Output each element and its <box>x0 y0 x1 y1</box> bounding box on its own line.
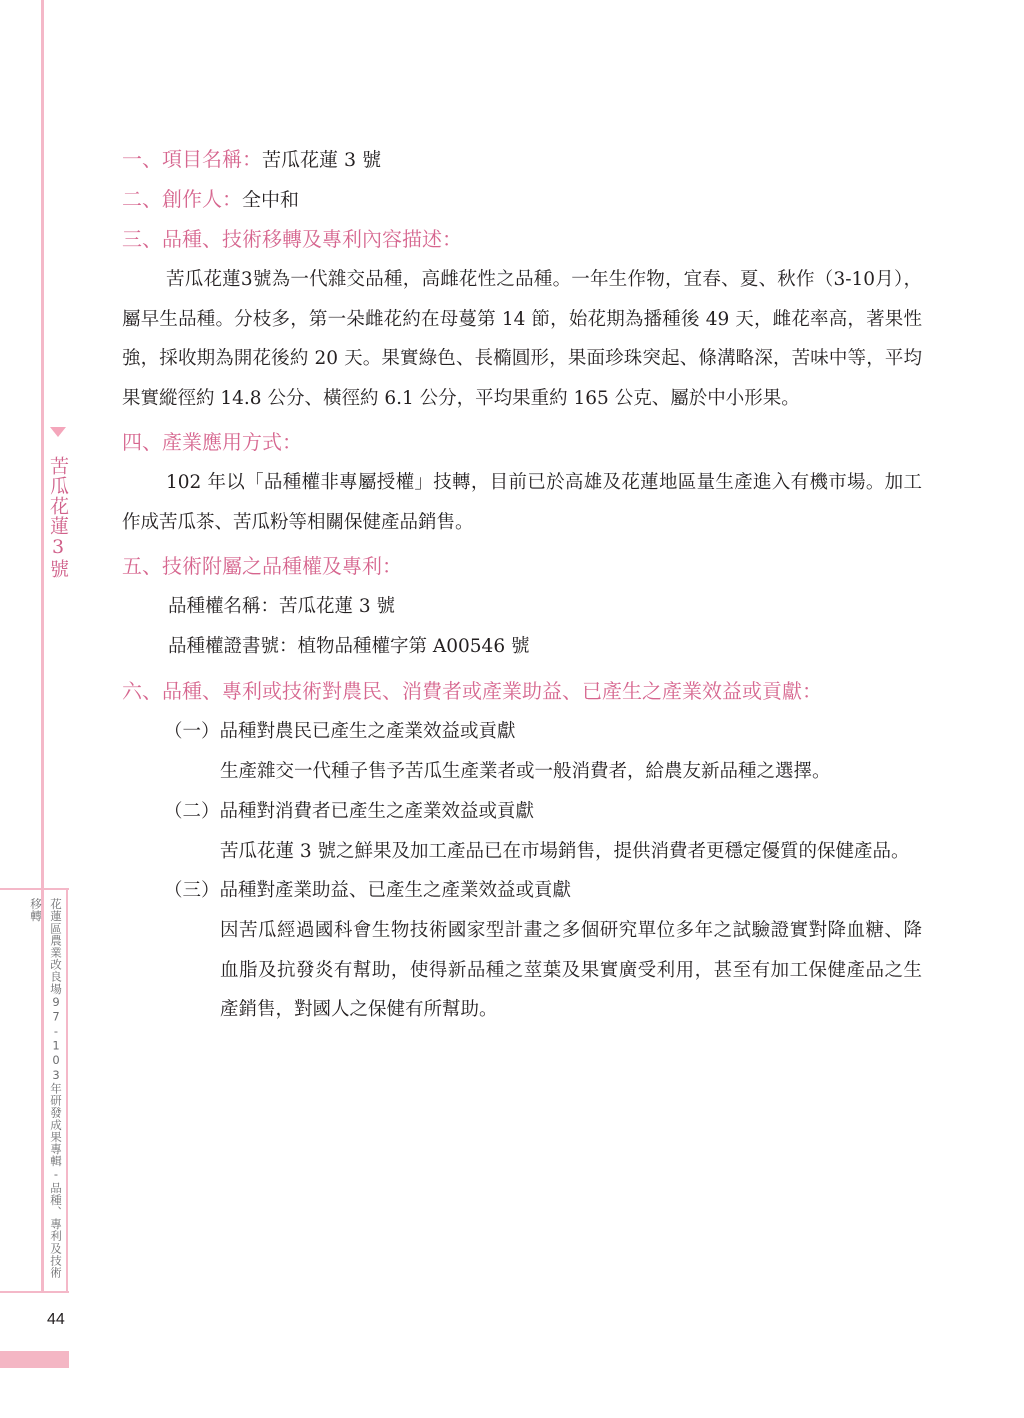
variety-right-name: 品種權名稱：苦瓜花蓮 3 號 <box>122 587 922 627</box>
subsection-text-consumers: 苦瓜花蓮 3 號之鮮果及加工產品已在市場銷售，提供消費者更穩定優質的保健產品。 <box>122 832 922 872</box>
subsection-title-farmers: （一）品種對農民已產生之產業效益或貢獻 <box>122 712 922 752</box>
subsection-text-farmers: 生產雜交一代種子售予苦瓜生產業者或一般消費者，給農友新品種之選擇。 <box>122 752 922 792</box>
page-number: 44 <box>47 1311 65 1329</box>
side-section-title: 苦瓜花蓮3號 <box>46 456 70 579</box>
section-label: 一、項目名稱： <box>122 147 262 171</box>
page-tab-bar <box>0 1351 69 1368</box>
running-book-title: 花蓮區農業改良場97-103年研發成果專輯-品種、專利及技術移轉 <box>46 898 66 1288</box>
creator-value: 全中和 <box>242 189 299 211</box>
section-heading-variety-rights: 五、技術附屬之品種權及專利： <box>122 547 922 587</box>
item-name-value: 苦瓜花蓮 3 號 <box>262 149 381 171</box>
section-heading-item-name: 一、項目名稱：苦瓜花蓮 3 號 <box>122 140 922 180</box>
section-label: 二、創作人： <box>122 187 242 211</box>
triangle-down-icon <box>50 427 66 437</box>
section-heading-description: 三、品種、技術移轉及專利內容描述： <box>122 220 922 260</box>
variety-right-certificate: 品種權證書號：植物品種權字第 A00546 號 <box>122 627 922 667</box>
subsection-title-consumers: （二）品種對消費者已產生之產業效益或貢獻 <box>122 792 922 832</box>
subsection-text-industry: 因苦瓜經過國科會生物技術國家型計畫之多個研究單位多年之試驗證實對降血糖、降血脂及… <box>122 911 922 1030</box>
margin-horizontal-rule-bottom <box>0 1291 69 1293</box>
section-heading-benefits: 六、品種、專利或技術對農民、消費者或產業助益、已產生之產業效益或貢獻： <box>122 672 922 712</box>
section-heading-application: 四、產業應用方式： <box>122 423 922 463</box>
section-heading-creator: 二、創作人：全中和 <box>122 180 922 220</box>
document-body: 一、項目名稱：苦瓜花蓮 3 號 二、創作人：全中和 三、品種、技術移轉及專利內容… <box>122 140 922 1030</box>
description-paragraph: 苦瓜花蓮3號為一代雜交品種，高雌花性之品種。一年生作物，宜春、夏、秋作（3-10… <box>122 260 922 418</box>
subsection-title-industry: （三）品種對產業助益、已產生之產業效益或貢獻 <box>122 871 922 911</box>
application-paragraph: 102 年以「品種權非專屬授權」技轉，目前已於高雄及花蓮地區量生產進入有機市場。… <box>122 463 922 542</box>
